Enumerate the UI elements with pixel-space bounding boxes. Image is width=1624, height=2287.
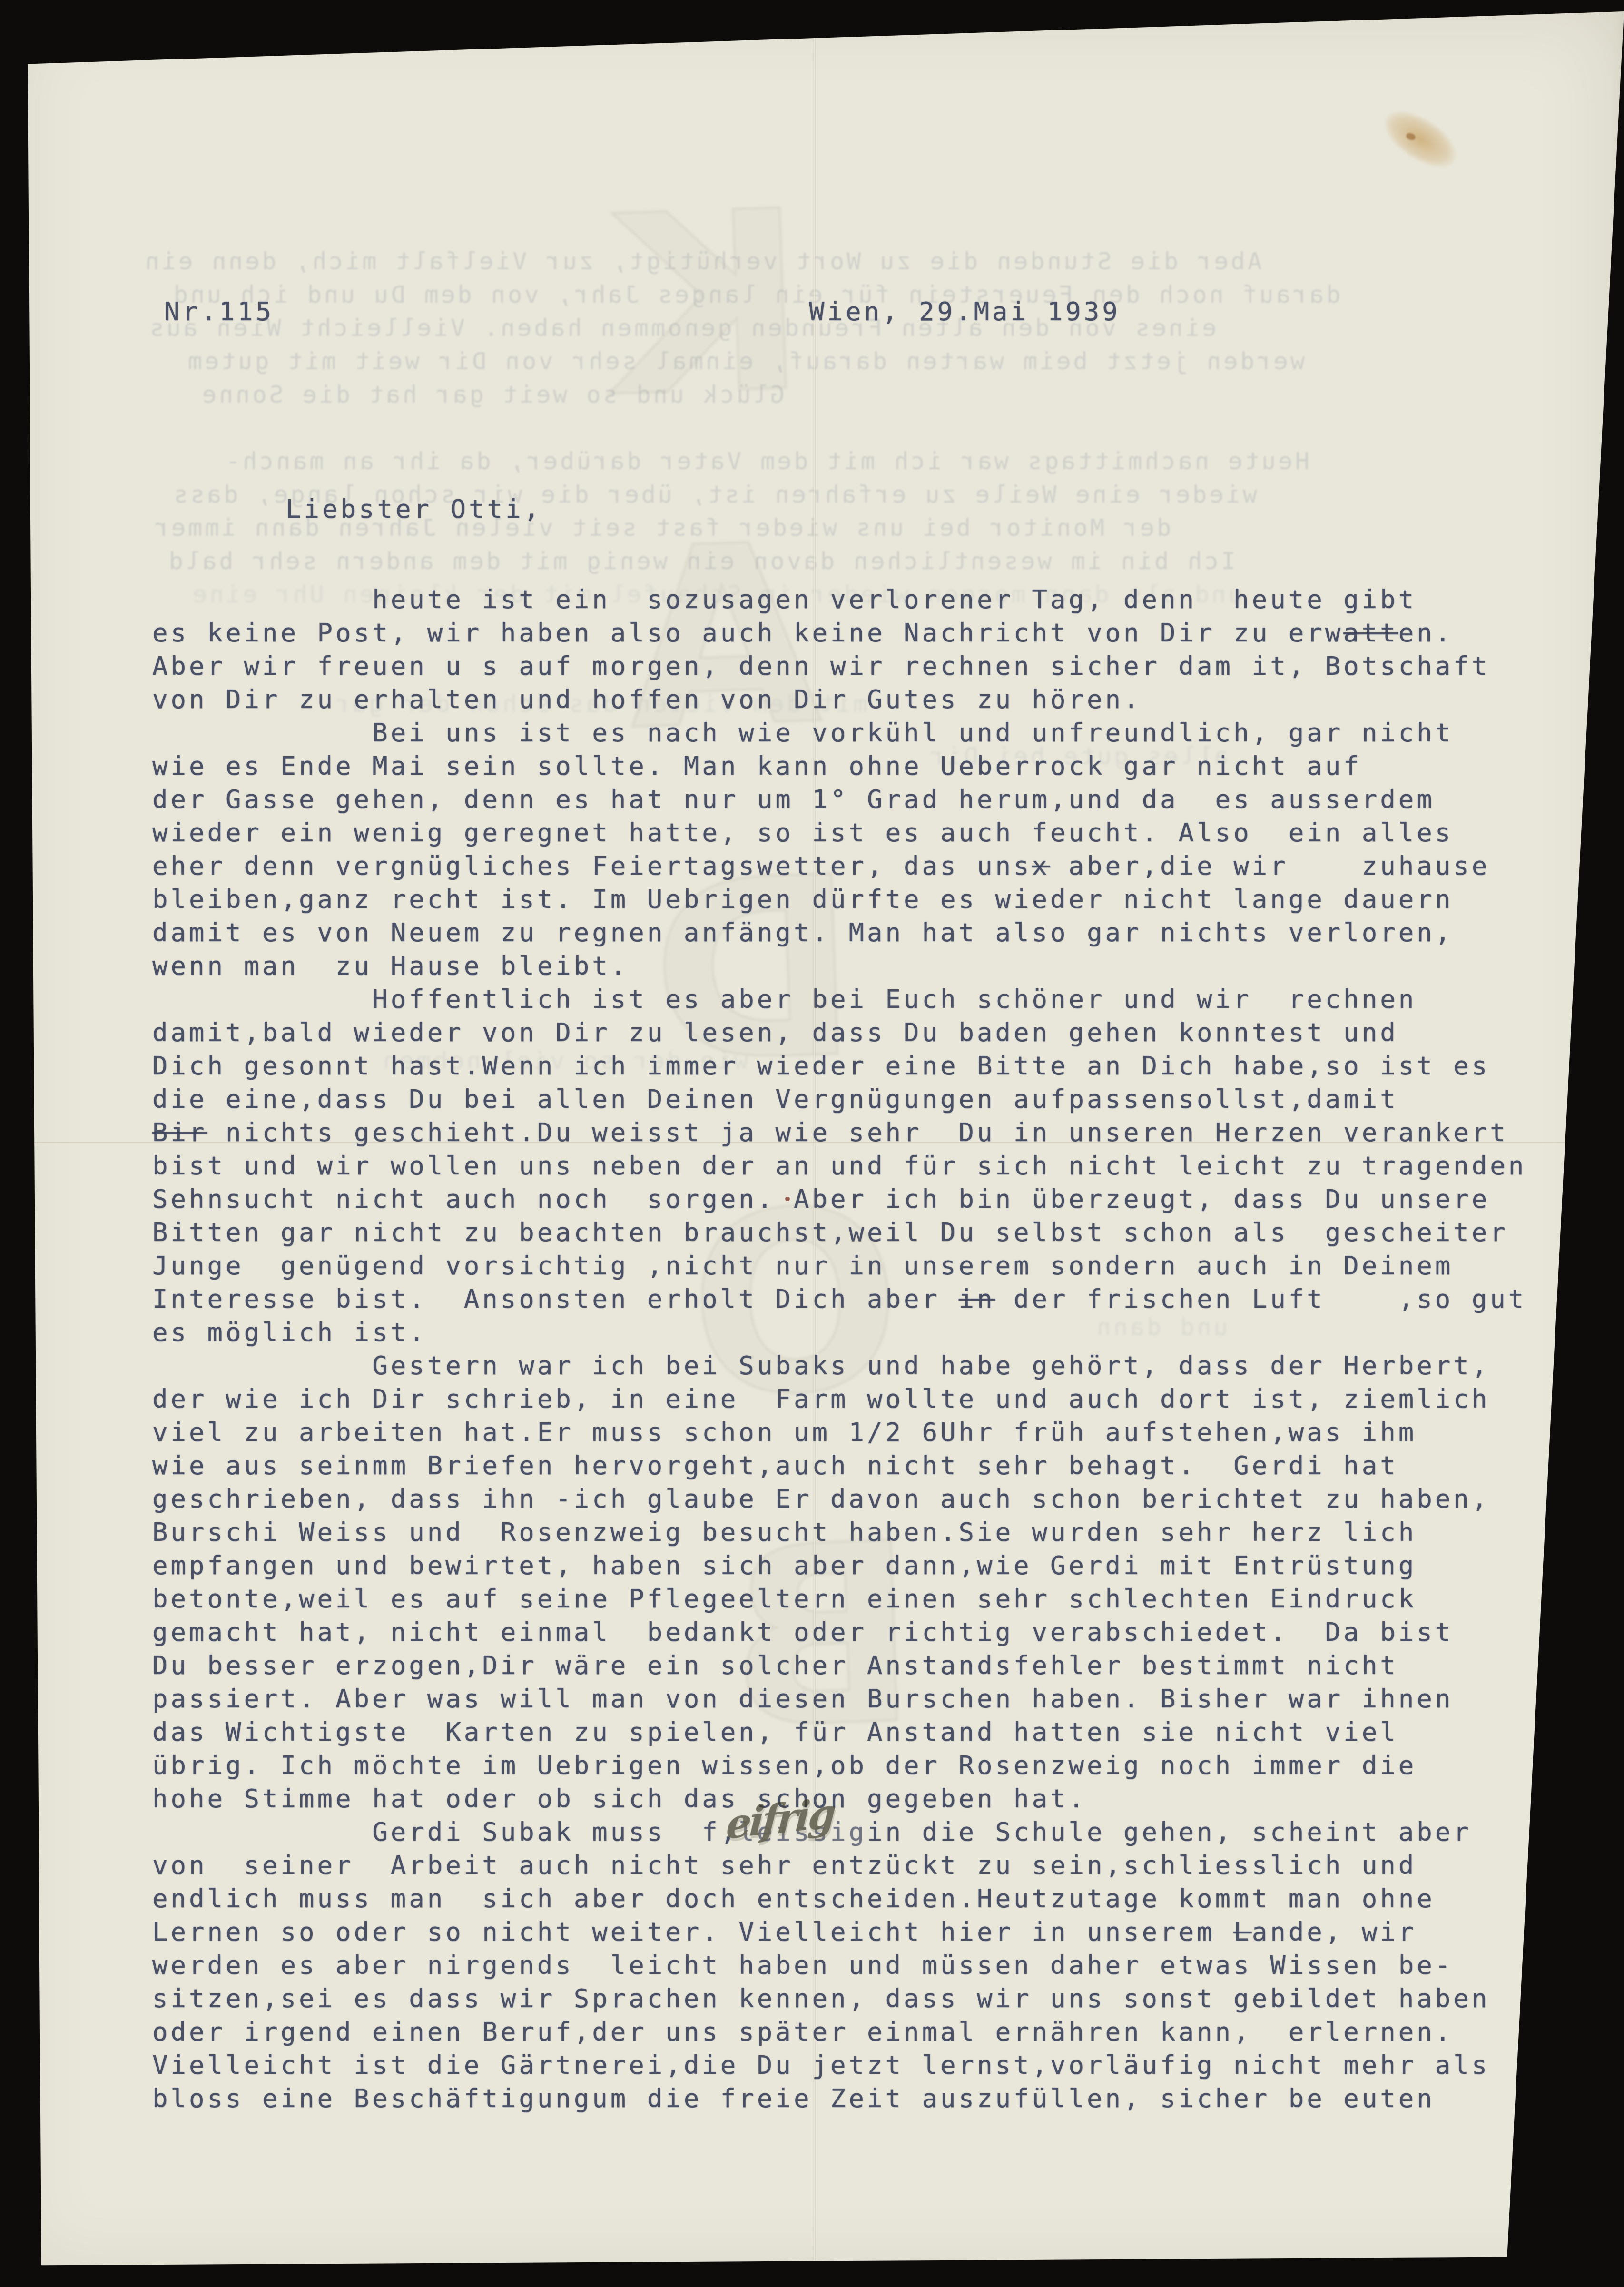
typewritten-line: Aber wir freuen u s auf morgen, denn wir… bbox=[152, 650, 1526, 683]
letter-date-line: Wien, 29.Mai 1939 bbox=[809, 295, 1121, 328]
typewritten-line: viel zu arbeiten hat.Er muss schon um 1/… bbox=[152, 1416, 1526, 1449]
typewritten-line: die eine,dass Du bei allen Deinen Vergnü… bbox=[152, 1083, 1526, 1116]
typewritten-line: sitzen,sei es dass wir Sprachen kennen, … bbox=[152, 1982, 1526, 2015]
typewritten-line: der wie ich Dir schrieb, in eine Farm wo… bbox=[152, 1382, 1526, 1416]
typewritten-line: empfangen und bewirtet, haben sich aber … bbox=[152, 1549, 1526, 1582]
bleedthrough-line: Heute nachmittags war ich mit dem Vater … bbox=[224, 447, 1309, 475]
paragraph: Gestern war ich bei Subaks und habe gehö… bbox=[152, 1349, 1526, 1815]
scan-background: { "palette":{ "background":"#0d0c0a", "p… bbox=[0, 0, 1624, 2287]
typewritten-line: bist und wir wollen uns neben der an und… bbox=[152, 1149, 1526, 1183]
typewritten-line: übrig. Ich möchte im Uebrigen wissen,ob … bbox=[152, 1749, 1526, 1782]
paragraph: Gerdi Subak muss f,leissigeifrigin die S… bbox=[152, 1815, 1526, 2115]
typewritten-line: werden es aber nirgends leicht haben und… bbox=[152, 1949, 1526, 1982]
typewritten-line: Hoffentlich ist es aber bei Euch schöner… bbox=[152, 983, 1526, 1016]
typewritten-line: betonte,weil es auf seine Pflegeeltern e… bbox=[152, 1582, 1526, 1616]
handwritten-correction: eifrig bbox=[725, 1794, 835, 1845]
watermark-letter: K bbox=[610, 177, 810, 432]
letter-body: heute ist ein sozusagen verlorener Tag, … bbox=[152, 583, 1526, 2115]
typewritten-line: Junge genügend vorsichtig ,nicht nur in … bbox=[152, 1249, 1526, 1282]
typewritten-line: es möglich ist. bbox=[152, 1316, 1526, 1349]
typewritten-line: damit,bald wieder von Dir zu lesen, dass… bbox=[152, 1016, 1526, 1049]
typewritten-line: passiert. Aber was will man von diesen B… bbox=[152, 1682, 1526, 1715]
typewritten-line: Du besser erzogen,Dir wäre ein solcher A… bbox=[152, 1649, 1526, 1682]
paper-stain bbox=[1376, 100, 1466, 178]
typewritten-line: Dich gesonnt hast.Wenn ich immer wieder … bbox=[152, 1049, 1526, 1083]
typewritten-line: von seiner Arbeit auch nicht sehr entzüc… bbox=[152, 1849, 1526, 1882]
letter-number: Nr.115 bbox=[164, 295, 274, 328]
typewritten-line: endlich muss man sich aber doch entschei… bbox=[152, 1882, 1526, 1915]
salutation: Liebster Otti, bbox=[285, 493, 542, 526]
typewritten-line: bloss eine Beschäftigungum die freie Zei… bbox=[152, 2082, 1526, 2115]
typewritten-line: Bitten gar nicht zu beachten brauchst,we… bbox=[152, 1216, 1526, 1249]
typewritten-line: geschrieben, dass ihn -ich glaube Er dav… bbox=[152, 1482, 1526, 1516]
paragraph: Hoffentlich ist es aber bei Euch schöner… bbox=[152, 983, 1526, 1349]
typewritten-line: Gestern war ich bei Subaks und habe gehö… bbox=[152, 1349, 1526, 1382]
typewritten-line: Interesse bist. Ansonsten erholt Dich ab… bbox=[152, 1282, 1526, 1316]
typewritten-line: hohe Stimme hat oder ob sich das schon g… bbox=[152, 1782, 1526, 1815]
typewritten-line: oder irgend einen Beruf,der uns später e… bbox=[152, 2015, 1526, 2049]
typewritten-line: das Wichtigste Karten zu spielen, für An… bbox=[152, 1715, 1526, 1749]
typewritten-line: Bei uns ist es nach wie vorkühl und unfr… bbox=[152, 716, 1526, 749]
typewritten-line: wieder ein wenig geregnet hatte, so ist … bbox=[152, 816, 1526, 849]
typewritten-line: Gerdi Subak muss f,leissigeifrigin die S… bbox=[152, 1815, 1526, 1849]
typewritten-line: Burschi Weiss und Rosenzweig besucht hab… bbox=[152, 1516, 1526, 1549]
typewritten-line: wenn man zu Hause bleibt. bbox=[152, 949, 1526, 983]
typewritten-line: Vielleicht ist die Gärtnerei,die Du jetz… bbox=[152, 2049, 1526, 2082]
letter-page: Aber die Stunden die zu Wort verhütigt, … bbox=[0, 0, 1624, 2287]
paragraph: heute ist ein sozusagen verlorener Tag, … bbox=[152, 583, 1526, 716]
typewritten-line: wie aus seinmm Briefen hervorgeht,auch n… bbox=[152, 1449, 1526, 1482]
typewritten-line: gemacht hat, nicht einmal bedankt oder r… bbox=[152, 1616, 1526, 1649]
typewritten-line: Bir nichts geschieht.Du weisst ja wie se… bbox=[152, 1116, 1526, 1149]
typewritten-line: heute ist ein sozusagen verlorener Tag, … bbox=[152, 583, 1526, 616]
typewritten-line: eher denn vergnügliches Feiertagswetter,… bbox=[152, 849, 1526, 883]
typewritten-line: der Gasse gehen, denn es hat nur um 1° G… bbox=[152, 783, 1526, 816]
typewritten-line: damit es von Neuem zu regnen anfängt. Ma… bbox=[152, 916, 1526, 949]
typewritten-line: Sehnsucht nicht auch noch sorgen. Aber i… bbox=[152, 1183, 1526, 1216]
typewritten-line: von Dir zu erhalten und hoffen von Dir G… bbox=[152, 683, 1526, 716]
typewritten-line: es keine Post, wir haben also auch keine… bbox=[152, 616, 1526, 650]
typewritten-line: wie es Ende Mai sein sollte. Man kann oh… bbox=[152, 749, 1526, 783]
paragraph: Bei uns ist es nach wie vorkühl und unfr… bbox=[152, 716, 1526, 983]
typewritten-line: bleiben,ganz recht ist. Im Uebrigen dürf… bbox=[152, 883, 1526, 916]
typewritten-line: Lernen so oder so nicht weiter. Vielleic… bbox=[152, 1915, 1526, 1949]
